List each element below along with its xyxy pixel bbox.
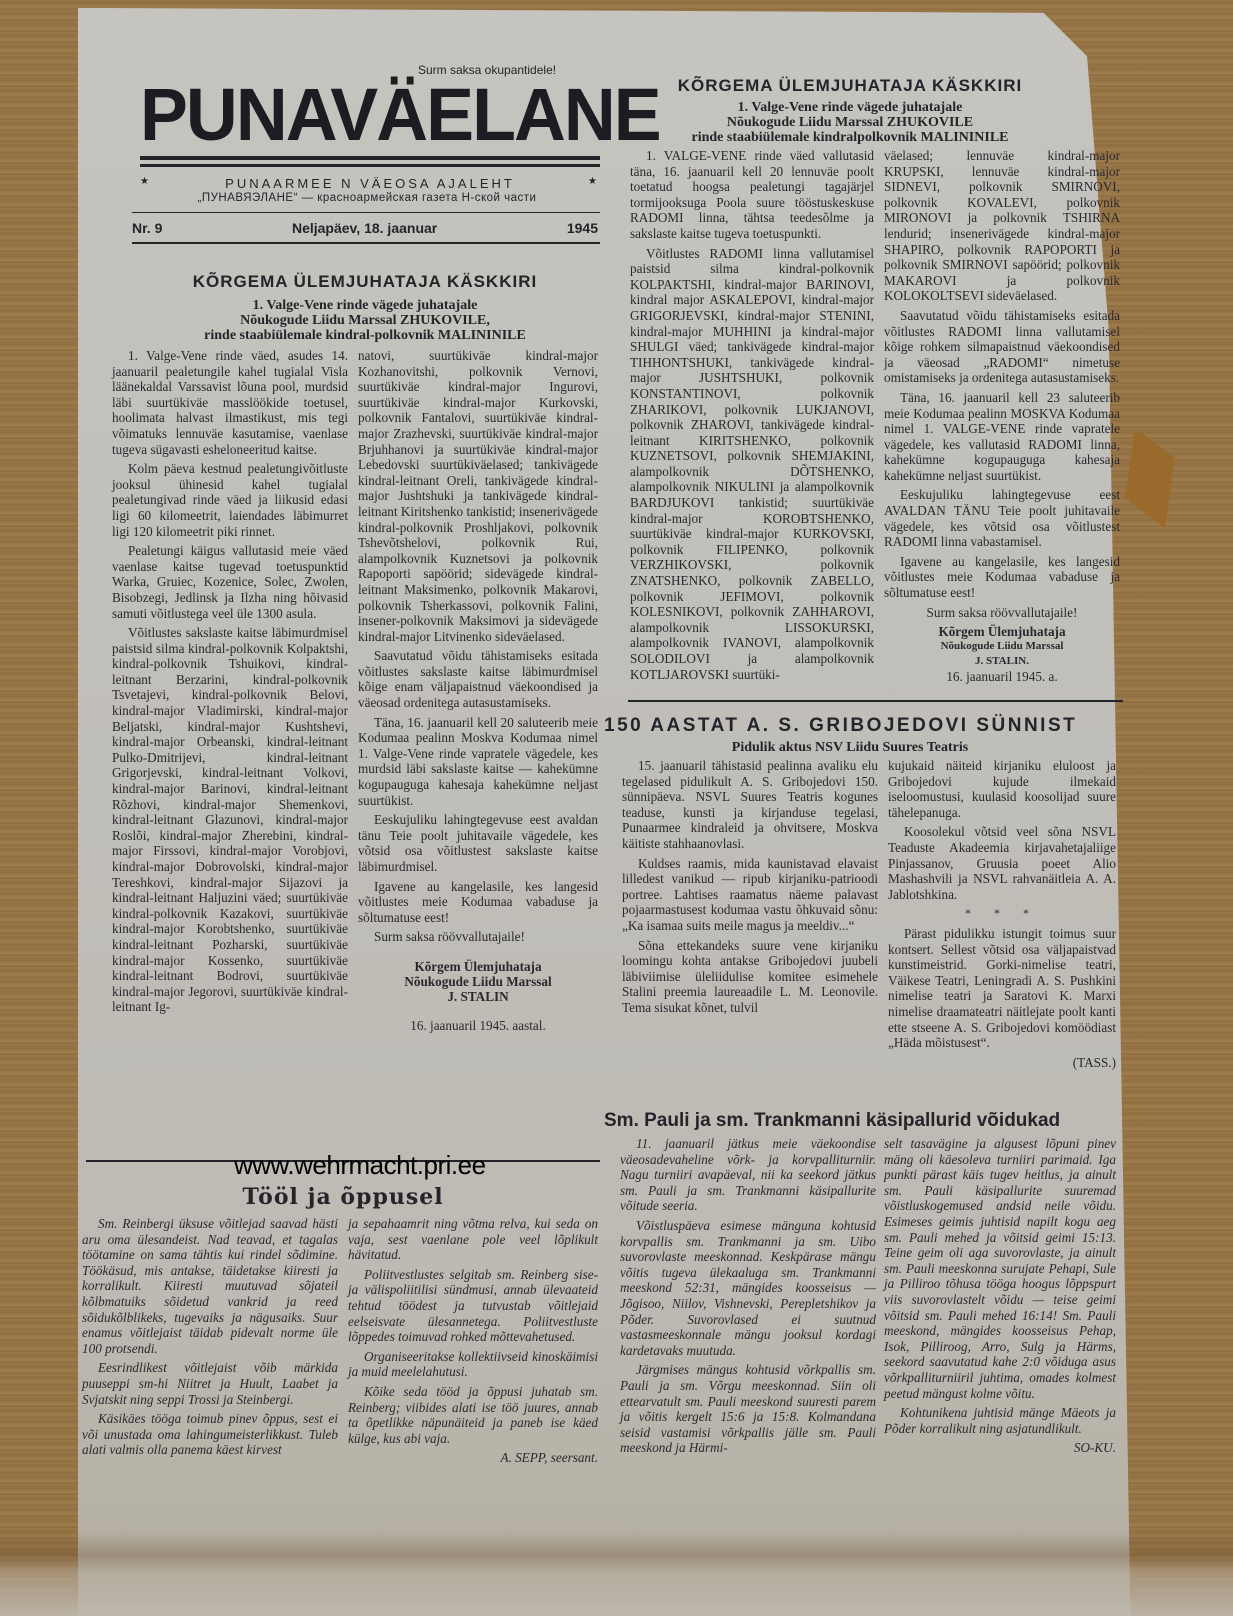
paragraph: 15. jaanuaril tähistasid pealinna avalik… [622,758,878,852]
signature-line: J. STALIN [358,989,598,1004]
gribojedov-column-1: 15. jaanuaril tähistasid pealinna avalik… [622,758,878,1020]
paragraph: Kohtunikena juhtisid mänge Mäeots ja Põd… [884,1405,1116,1436]
news-agency-credit: (TASS.) [888,1055,1116,1071]
paragraph: Kuldses raamis, mida kaunistavad elavais… [622,856,878,934]
byline: A. SEPP, seersant. [348,1450,598,1466]
work-column-1: Sm. Reinbergi üksuse võitlejad saavad hä… [82,1216,338,1462]
gribojedov-column-2: kujukaid näiteid kirjaniku eluloost ja G… [888,758,1116,1074]
subhead-line: Nõukogude Liidu Marssal ZHUKOVILE [610,115,1090,130]
paragraph: Pärast pidulikku istungit toimus suur ko… [888,926,1116,1051]
paragraph: Eeskujuliku lahingtegevuse eest AVALDAN … [884,487,1120,549]
paragraph: 1. VALGE-VENE rinde väed vallutasid täna… [630,148,874,242]
star-icon: ★ [140,176,152,187]
signature-line: Nõukogude Liidu Marssal [884,639,1120,654]
dateline: 16. jaanuaril 1945. aastal. [358,1018,598,1034]
signature-line: J. STALIN. [884,654,1120,669]
paragraph: Surm saksa röövvallutajaile! [358,929,598,945]
paragraph: Pealetungi käigus vallutasid meie väed v… [112,543,348,621]
paragraph: Kõike seda tööd ja õppusi juhatab sm. Re… [348,1384,598,1446]
issue-year: 1945 [567,220,598,236]
paper-tear [1125,428,1175,528]
masthead-subtitle-et: ★ PUNAARMEE N VÄEOSA AJALEHT ★ [140,176,600,191]
subhead-line: rinde staabiülemale kindralpolkovnik MAL… [610,130,1090,145]
right-order-column-2: väelased; lennuväe kindral-major KRUPSKI… [884,148,1120,689]
paragraph: Saavutatud võidu tähistamiseks esitada v… [884,308,1120,386]
work-headline: Tööl ja õppusel [86,1184,600,1210]
subtitle-text: PUNAARMEE N VÄEOSA AJALEHT [225,176,515,191]
paragraph: Sõna ettekandeks suure vene kirjaniku lo… [622,938,878,1016]
masthead-rule [140,156,600,160]
divider [132,242,600,244]
water-stain [0,1530,1233,1616]
paragraph: Täna, 16. jaanuaril kell 23 saluteerib m… [884,390,1120,484]
paragraph: Poliitvestlustes selgitab sm. Reinberg s… [348,1267,598,1345]
sports-headline: Sm. Pauli ja sm. Trankmanni käsipallurid… [604,1110,1124,1132]
paragraph: kujukaid näiteid kirjaniku eluloost ja G… [888,758,1116,820]
paragraph: Võitlustes RADOMI linna vallutamisel pai… [630,246,874,683]
paragraph: Kolm päeva kestnud pealetungivõitluste j… [112,461,348,539]
paragraph: Käsikäes tööga toimub pinev õppus, sest … [82,1411,338,1458]
subhead-line: 1. Valge-Vene rinde vägede juhatajale [130,298,600,313]
divider [628,700,1123,702]
star-icon: ★ [588,176,600,187]
paragraph: Täna, 16. jaanuaril kell 20 saluteerib m… [358,715,598,809]
subhead-line: rinde staabiülemale kindral-polkovnik MA… [130,328,600,343]
watermark-url: www.wehrmacht.pri.ee [234,1150,486,1181]
signature: Kõrgem Ülemjuhataja Nõukogude Liidu Mars… [358,959,598,1004]
dateline: 16. jaanuaril 1945. a. [884,669,1120,685]
gribojedov-subhead: Pidulik aktus NSV Liidu Suures Teatris [620,740,1080,755]
paragraph: natovi, suurtükiväe kindral-major Kozhan… [358,348,598,644]
sports-column-1: 11. jaanuaril jätkus meie väekoondise vä… [620,1136,876,1460]
paragraph: Surm saksa röövvallutajaile! [884,605,1120,621]
gribojedov-headline: 150 AASTAT A. S. GRIBOJEDOVI SÜNNIST [604,715,1124,737]
signature-line: Kõrgem Ülemjuhataja [358,959,598,974]
signature-line: Kõrgem Ülemjuhataja [884,624,1120,639]
left-order-headline: KÕRGEMA ÜLEMJUHATAJA KÄSKKIRI [130,272,600,292]
paragraph: väelased; lennuväe kindral-major KRUPSKI… [884,148,1120,304]
right-order-column-1: 1. VALGE-VENE rinde väed vallutasid täna… [630,148,874,686]
signature: Kõrgem Ülemjuhataja Nõukogude Liidu Mars… [884,624,1120,669]
paragraph: ja sepahaamrit ning võtma relva, kui sed… [348,1216,598,1263]
left-order-column-1: 1. Valge-Vene rinde väed, asudes 14. jaa… [112,348,348,1019]
paragraph: Igavene au kangelasile, kes langesid või… [358,879,598,926]
right-order-headline: KÕRGEMA ÜLEMJUHATAJA KÄSKKIRI [610,76,1090,96]
paragraph: selt tasavägine ja algusest lõpuni pinev… [884,1136,1116,1401]
issue-date: Neljapäev, 18. jaanuar [292,220,437,236]
paragraph: Igavene au kangelasile, kes langesid või… [884,554,1120,601]
paragraph: Eesrindlikest võitlejaist võib märkida p… [82,1360,338,1407]
subhead-line: Nõukogude Liidu Marssal ZHUKOVILE, [130,313,600,328]
paragraph: Saavutatud võidu tähistamiseks esitada v… [358,648,598,710]
masthead-rule [140,164,600,167]
paragraph: Koosolekul võtsid veel sõna NSVL Teadust… [888,824,1116,902]
paragraph: Võitlustes sakslaste kaitse läbimurdmise… [112,625,348,1015]
right-order-subhead: 1. Valge-Vene rinde vägede juhatajale Nõ… [610,100,1090,145]
divider [132,212,600,213]
paragraph: Sm. Reinbergi üksuse võitlejad saavad hä… [82,1216,338,1356]
paragraph: Organiseeritakse kollektiivseid kinoskäi… [348,1349,598,1380]
paragraph: Järgmises mängus kohtusid võrkpallis sm.… [620,1362,876,1456]
subhead-line: 1. Valge-Vene rinde vägede juhatajale [610,100,1090,115]
work-column-2: ja sepahaamrit ning võtma relva, kui sed… [348,1216,598,1470]
issue-info-row: Nr. 9 Neljapäev, 18. jaanuar 1945 [132,220,598,236]
paragraph: 1. Valge-Vene rinde väed, asudes 14. jaa… [112,348,348,457]
paragraph: Eeskujuliku lahingtegevuse eest avaldan … [358,812,598,874]
sports-column-2: selt tasavägine ja algusest lõpuni pinev… [884,1136,1116,1460]
byline: SO-KU. [884,1440,1116,1456]
masthead-title: PUNAVÄELANE [140,78,660,152]
masthead-subtitle-ru: „ПУНАВЯЭЛАНЕ“ — красноармейская газета Н… [132,192,602,204]
left-order-column-2: natovi, suurtükiväe kindral-major Kozhan… [358,348,598,1038]
paragraph: Võistluspäeva esimese mänguna kohtusid k… [620,1218,876,1358]
signature-line: Nõukogude Liidu Marssal [358,974,598,989]
section-separator: * * * [888,906,1116,922]
left-order-subhead: 1. Valge-Vene rinde vägede juhatajale Nõ… [130,298,600,343]
paragraph: 11. jaanuaril jätkus meie väekoondise vä… [620,1136,876,1214]
issue-number: Nr. 9 [132,220,162,236]
